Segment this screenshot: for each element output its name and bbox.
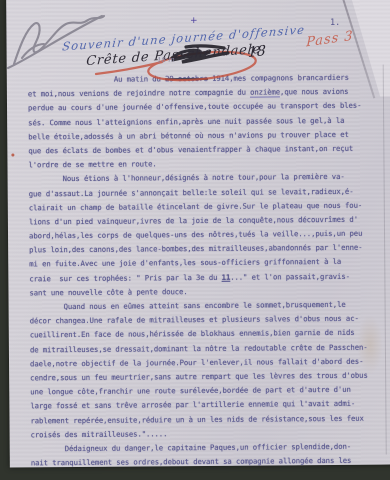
typed-segment: que des éclats de bombes et d'obus venai… <box>28 144 353 156</box>
typed-segment: 29 octobre <box>165 74 208 83</box>
typed-text: Au matin du 29 octobre 1914,mes compagno… <box>28 71 375 471</box>
typed-segment: de mitrailleuses,se dressait,dominant la… <box>30 342 368 354</box>
typed-segment: lions d'un pied vainqueur,ivres de la jo… <box>29 215 358 227</box>
typed-segment: mi en fuite.Avec une joie d'enfants,les … <box>29 257 341 268</box>
typed-segment: abord,hélas,les corps de quelques-uns de… <box>29 229 362 241</box>
typed-segment: décor changea.Une rafale de mitrailleuse… <box>30 314 359 326</box>
typed-segment: gue d'assaut.La journée s'annonçait bell… <box>29 186 354 198</box>
typed-segment: une longue côte,franchir une route surél… <box>30 385 351 397</box>
red-margin-dot <box>11 153 14 156</box>
typed-segment: Nous étions à l'honneur,désignés à notre… <box>63 172 345 183</box>
typed-segment: ..." et l'on passait,gravis- <box>230 271 350 281</box>
typed-segment: large fossé et sans trêve arrosée par l'… <box>30 399 355 411</box>
typed-segment: 11 <box>222 272 231 281</box>
typed-segment: sant une nouvelle côte à pente douce. <box>29 287 187 297</box>
typed-line: craie sur ces trophées: " Pris par la 3e… <box>29 269 373 286</box>
pencil-date-note: 18 m <box>157 56 175 65</box>
typed-segment: et moi,nous venions de rejoindre notre c… <box>28 88 250 99</box>
typed-segment: perdue au cours d'une journée d'offensiv… <box>28 101 361 113</box>
typed-segment: Dédaigneux du danger,le capitaine Paques… <box>65 442 351 453</box>
typed-segment: daele,notre objectif de la journée.Pour … <box>30 356 363 368</box>
typed-segment: craie sur ces trophées: " Pris par la 3e… <box>29 272 221 283</box>
plus-mark: + <box>190 16 198 26</box>
paper-sheet: Au matin du 29 octobre 1914,mes compagno… <box>6 0 390 468</box>
typed-segment: belle étoile,adossés à un abri bétonné o… <box>28 130 349 142</box>
typed-segment: nait tranquillement ses ordres,debout de… <box>31 456 352 468</box>
typed-segment: croisés des mitrailleuses."..... <box>31 429 168 439</box>
typed-segment: onzième <box>250 88 280 98</box>
typed-segment: l'ordre de se mettre en route. <box>28 159 156 169</box>
typed-segment: Au matin du <box>114 74 165 83</box>
typed-segment: plus loin,des canons,des lance-bombes,de… <box>29 243 362 255</box>
typed-line: que des éclats de bombes et d'obus venai… <box>28 142 372 159</box>
photo-background: Au matin du 29 octobre 1914,mes compagno… <box>0 0 390 480</box>
typed-segment: sés. Comme nous l'atteignions enfin,aprè… <box>28 115 344 126</box>
typed-segment: clairait un champ de bataille étincelant… <box>29 200 362 212</box>
typed-line: rablement repérée,ensuite,réduire un à u… <box>30 411 374 428</box>
right-edge-crease <box>383 65 387 455</box>
typed-segment: 1914,mes compagnons brancardiers <box>208 73 349 83</box>
page-number: 1. <box>330 18 340 28</box>
handwritten-year: 18 <box>248 43 266 61</box>
typed-segment: rablement repérée,ensuite,réduire un à u… <box>30 413 363 425</box>
typed-segment: cendre,sous un feu meurtrier,sans autre … <box>30 371 368 383</box>
typed-line: nait tranquillement ses ordres,debout de… <box>31 454 375 471</box>
typed-segment: Quand nous en eûmes atteint sans encombr… <box>64 300 346 311</box>
typed-segment: cueillirent.En face de nous,hérissée de … <box>30 328 355 340</box>
typed-segment: ,que nous avions <box>280 87 348 97</box>
